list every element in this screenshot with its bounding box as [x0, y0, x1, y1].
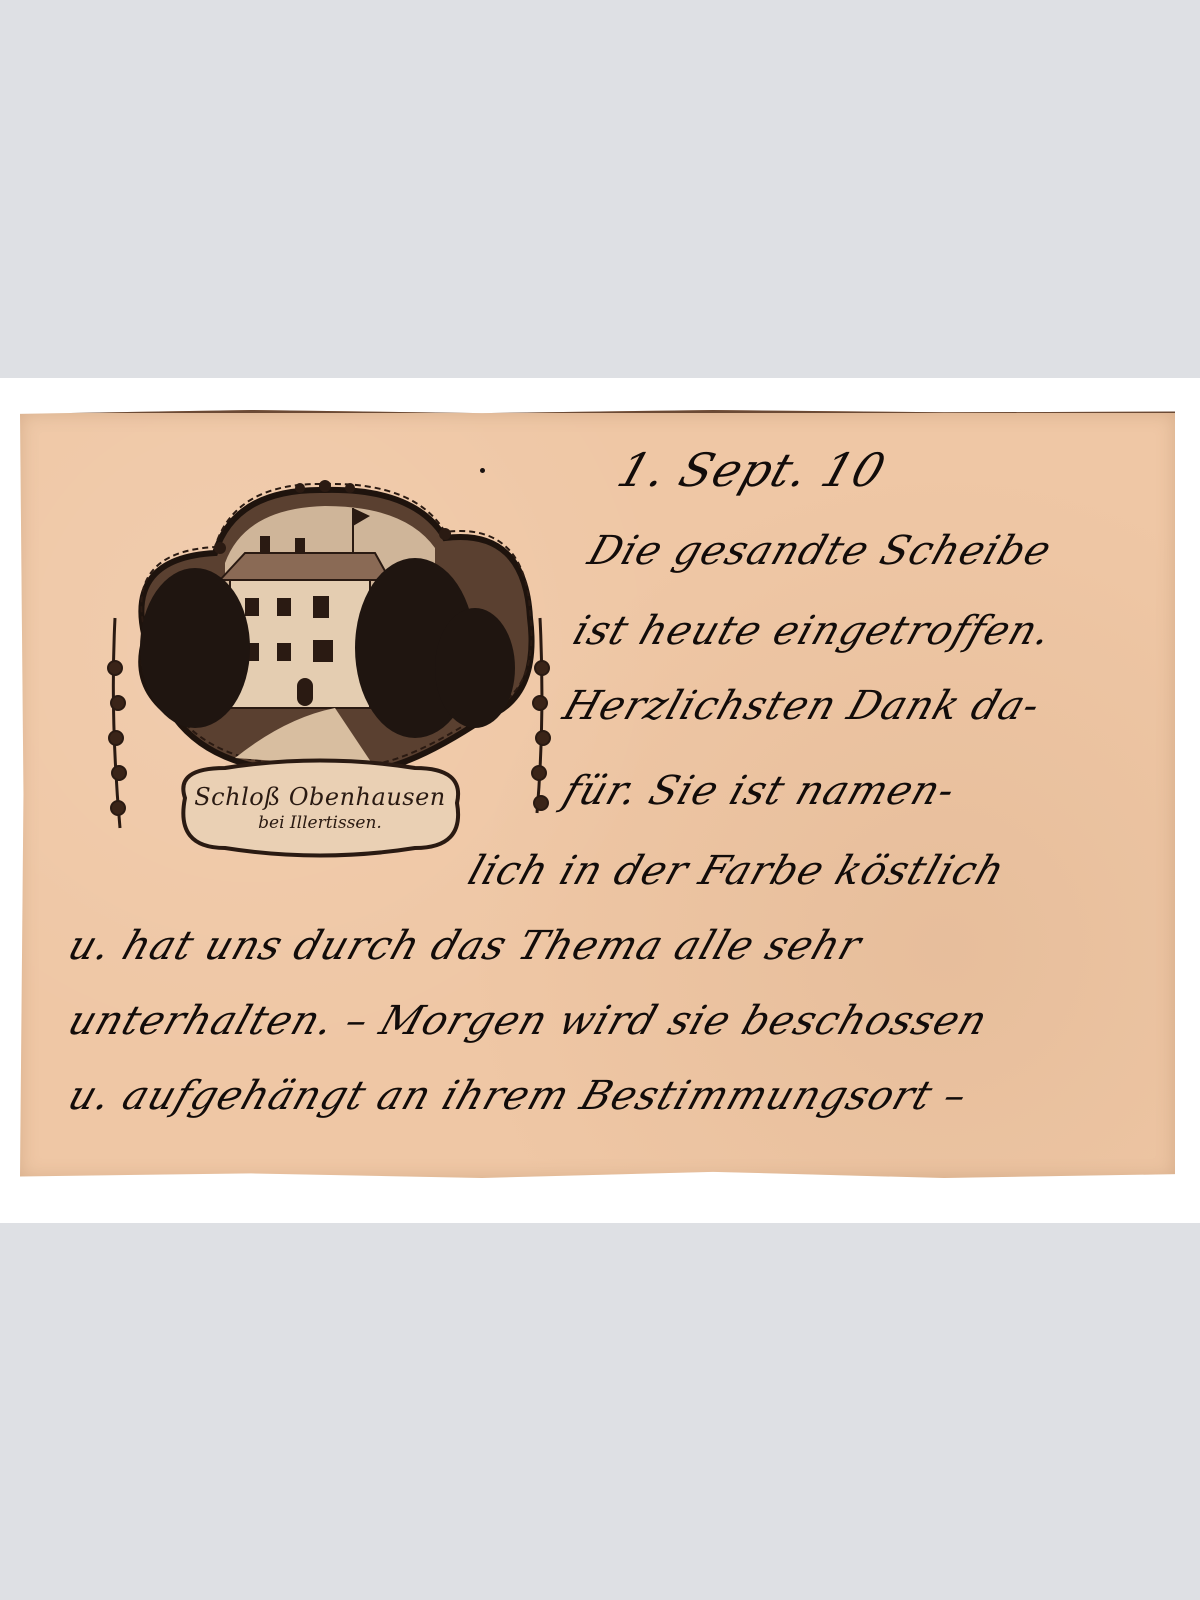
handwritten-line: Herzlichsten Dank da- [558, 683, 1047, 729]
caption-subtitle: bei Illertissen. [258, 813, 382, 833]
handwritten-line: für. Sie ist namen- [558, 768, 962, 814]
photo-frame: Schloß Obenhausen bei Illertissen. 1. Se… [0, 378, 1200, 1223]
handwritten-line: u. hat uns durch das Thema alle sehr [63, 923, 868, 969]
handwritten-line: Die gesandte Scheibe [583, 528, 1058, 574]
caption-plaque: Schloß Obenhausen bei Illertissen. [165, 753, 475, 863]
ink-dot [480, 468, 485, 473]
handwritten-line: lich in der Farbe köstlich [463, 848, 1011, 894]
handwritten-line: ist heute eingetroffen. [568, 608, 1058, 654]
handwritten-line: unterhalten. – Morgen wird sie beschosse… [63, 998, 994, 1044]
handwritten-date: 1. Sept. 10 [611, 443, 893, 497]
caption-title: Schloß Obenhausen [194, 783, 446, 811]
postcard: Schloß Obenhausen bei Illertissen. 1. Se… [20, 410, 1175, 1178]
handwritten-line: u. aufgehängt an ihrem Bestimmungsort – [63, 1073, 974, 1119]
